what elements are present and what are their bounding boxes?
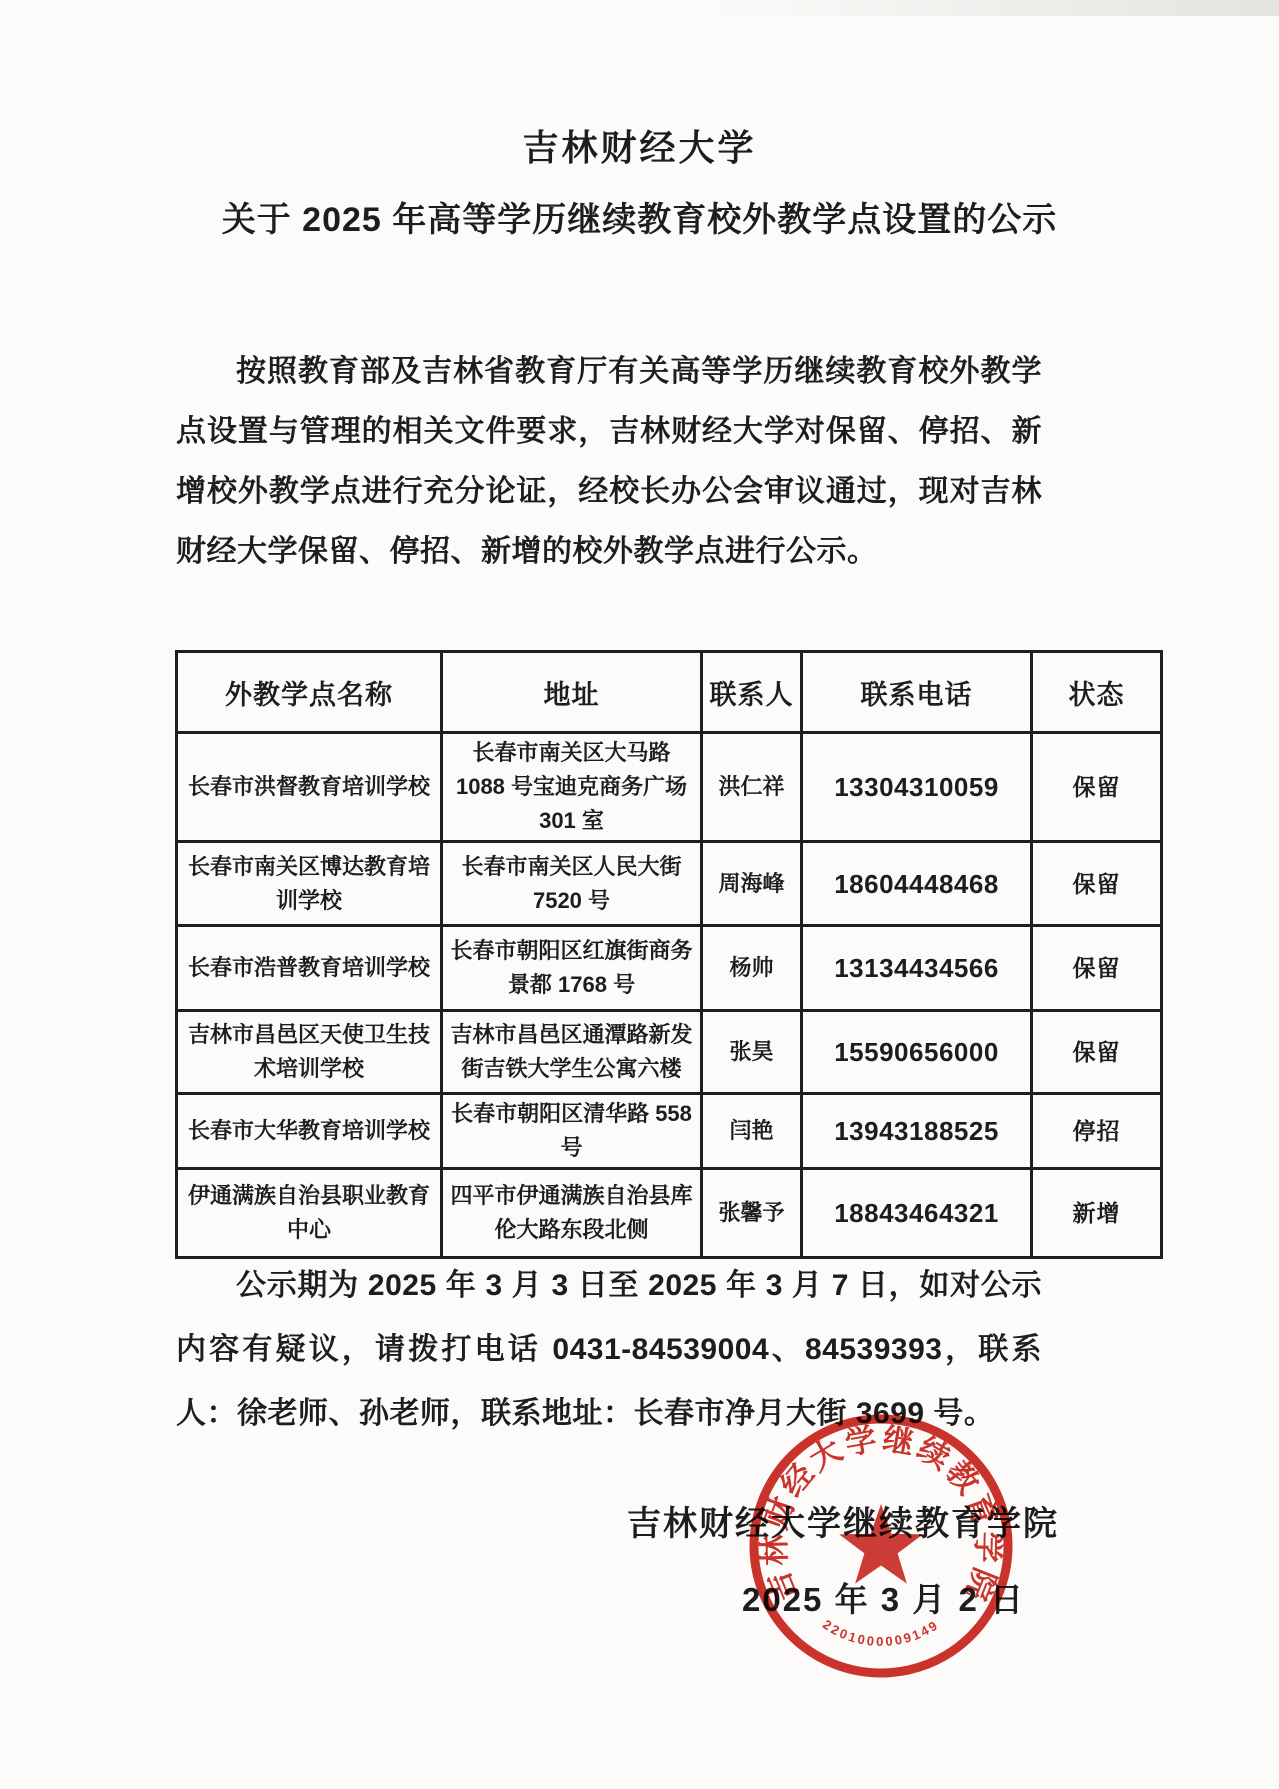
status-cell: 保留	[1032, 733, 1162, 842]
site-name-cell: 长春市浩普教育培训学校	[177, 926, 442, 1011]
table-row: 伊通满族自治县职业教育中心 四平市伊通满族自治县库伦大路东段北侧 张馨予 188…	[177, 1169, 1162, 1258]
site-name-cell: 长春市洪督教育培训学校	[177, 733, 442, 842]
notice-document: 吉林财经大学 关于 2025 年高等学历继续教育校外教学点设置的公示 按照教育部…	[0, 0, 1279, 1789]
phone-cell: 13304310059	[802, 733, 1032, 842]
status-cell: 新增	[1032, 1169, 1162, 1258]
contact-cell: 张昊	[702, 1011, 802, 1094]
page-title: 吉林财经大学	[0, 120, 1279, 171]
table-header-row: 外教学点名称 地址 联系人 联系电话 状态	[177, 652, 1162, 733]
phone-cell: 15590656000	[802, 1011, 1032, 1094]
status-cell: 保留	[1032, 842, 1162, 926]
address-cell: 长春市朝阳区清华路 558 号	[442, 1094, 702, 1169]
contact-cell: 张馨予	[702, 1169, 802, 1258]
site-name-cell: 吉林市昌邑区天使卫生技术培训学校	[177, 1011, 442, 1094]
phone-cell: 18843464321	[802, 1169, 1032, 1258]
contact-cell: 杨帅	[702, 926, 802, 1011]
official-seal: 吉林财经大学继续教育学院 2201000009149	[745, 1410, 1017, 1682]
table-row: 长春市南关区博达教育培训学校 长春市南关区人民大街 7520 号 周海峰 186…	[177, 842, 1162, 926]
seal-star-icon	[839, 1504, 923, 1584]
address-cell: 长春市南关区人民大街 7520 号	[442, 842, 702, 926]
contact-cell: 洪仁祥	[702, 733, 802, 842]
intro-paragraph: 按照教育部及吉林省教育厅有关高等学历继续教育校外教学点设置与管理的相关文件要求，…	[176, 342, 1042, 582]
phone-cell: 13943188525	[802, 1094, 1032, 1169]
column-header-contact: 联系人	[702, 652, 802, 733]
column-header-site-name: 外教学点名称	[177, 652, 442, 733]
column-header-status: 状态	[1032, 652, 1162, 733]
status-cell: 保留	[1032, 1011, 1162, 1094]
table-row: 长春市浩普教育培训学校 长春市朝阳区红旗街商务景都 1768 号 杨帅 1313…	[177, 926, 1162, 1011]
table-row: 吉林市昌邑区天使卫生技术培训学校 吉林市昌邑区通潭路新发街吉铁大学生公寓六楼 张…	[177, 1011, 1162, 1094]
address-cell: 长春市南关区大马路 1088 号宝迪克商务广场 301 室	[442, 733, 702, 842]
contact-cell: 闫艳	[702, 1094, 802, 1169]
site-name-cell: 长春市大华教育培训学校	[177, 1094, 442, 1169]
table-row: 长春市大华教育培训学校 长春市朝阳区清华路 558 号 闫艳 139431885…	[177, 1094, 1162, 1169]
address-cell: 长春市朝阳区红旗街商务景都 1768 号	[442, 926, 702, 1011]
status-cell: 停招	[1032, 1094, 1162, 1169]
contact-cell: 周海峰	[702, 842, 802, 926]
page-subtitle: 关于 2025 年高等学历继续教育校外教学点设置的公示	[0, 192, 1279, 241]
site-name-cell: 长春市南关区博达教育培训学校	[177, 842, 442, 926]
teaching-points-table: 外教学点名称 地址 联系人 联系电话 状态 长春市洪督教育培训学校 长春市南关区…	[175, 650, 1163, 1259]
phone-cell: 13134434566	[802, 926, 1032, 1011]
seal-code: 2201000009149	[820, 1617, 942, 1649]
status-cell: 保留	[1032, 926, 1162, 1011]
table-row: 长春市洪督教育培训学校 长春市南关区大马路 1088 号宝迪克商务广场 301 …	[177, 733, 1162, 842]
address-cell: 四平市伊通满族自治县库伦大路东段北侧	[442, 1169, 702, 1258]
phone-cell: 18604448468	[802, 842, 1032, 926]
column-header-phone: 联系电话	[802, 652, 1032, 733]
site-name-cell: 伊通满族自治县职业教育中心	[177, 1169, 442, 1258]
address-cell: 吉林市昌邑区通潭路新发街吉铁大学生公寓六楼	[442, 1011, 702, 1094]
column-header-address: 地址	[442, 652, 702, 733]
